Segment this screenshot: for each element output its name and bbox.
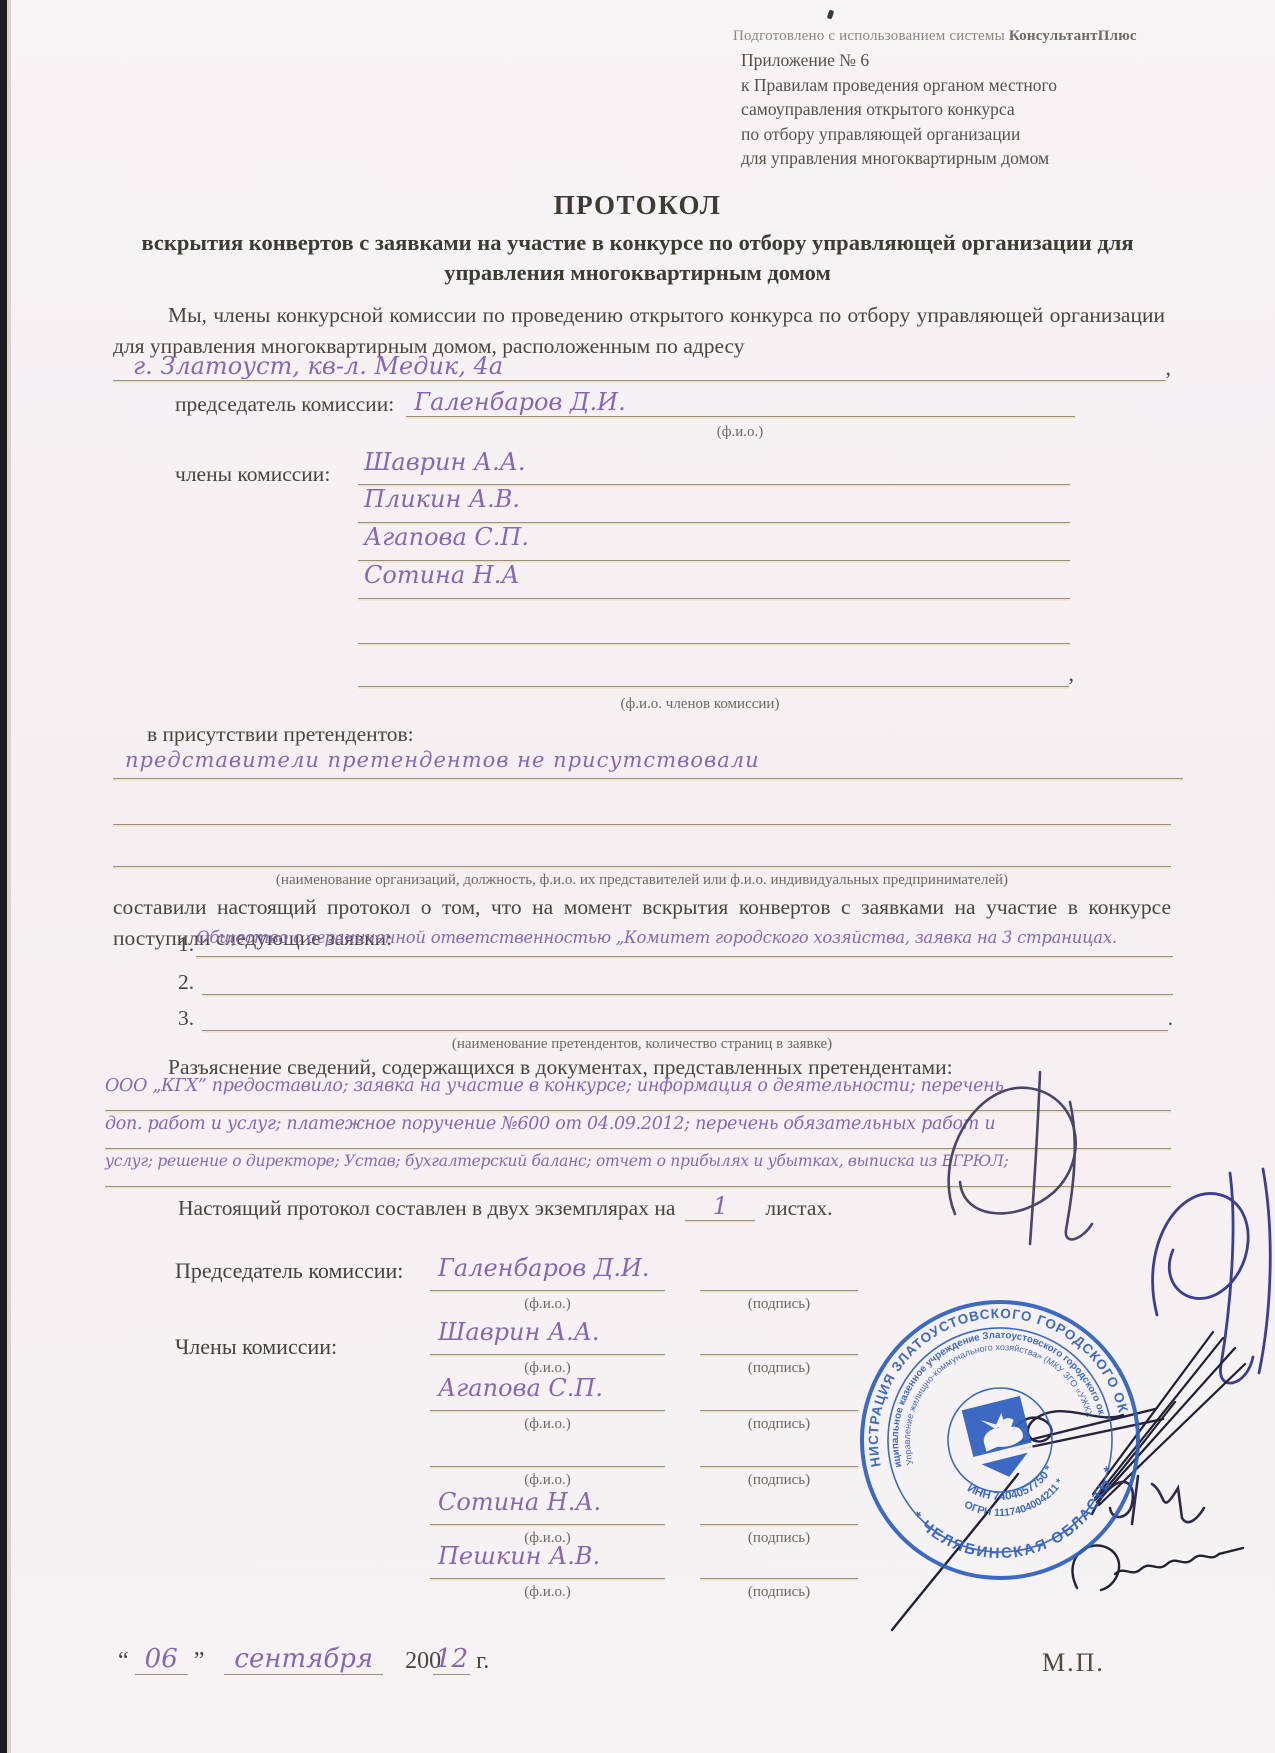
svg-text:ОГРН 1117404004211 *: ОГРН 1117404004211 * xyxy=(960,1474,1072,1530)
item-number: 3. xyxy=(178,1006,202,1031)
member-name-underline: Сотина Н.А xyxy=(358,561,1070,599)
presence-handwriting: представители претендентов не присутство… xyxy=(125,748,760,772)
sig-row5-sign-underline xyxy=(700,1486,858,1525)
address-underline: г. Златоуст, кв-л. Медик, 4а xyxy=(113,352,1166,381)
chairman-field: председатель комиссии: Галенбаров Д.И. xyxy=(175,388,1075,417)
scan-edge-artifact-light xyxy=(7,0,11,1753)
sig-row6-sign-underline xyxy=(700,1540,858,1579)
sig-row1-fio-caption: (ф.и.о.) xyxy=(430,1296,665,1313)
member-name-handwriting: Шаврин А.А. xyxy=(364,448,526,476)
copies-line: Настоящий протокол составлен в двух экзе… xyxy=(178,1192,833,1221)
chairman-name-handwriting: Галенбаров Д.И. xyxy=(414,388,626,416)
presence-underline-blank xyxy=(113,782,1171,825)
item3-period: . xyxy=(1168,1006,1173,1031)
day-underline: 06 xyxy=(135,1644,188,1675)
sig-row6-name: Пешкин А.В. xyxy=(438,1542,600,1570)
appendix-line: самоуправления открытого конкурса xyxy=(741,97,1057,122)
clarification-handwriting: ООО „КГХ” предоставило; заявка на участи… xyxy=(105,1076,1004,1096)
application-item-3: 3. . xyxy=(178,998,1173,1031)
member-name-underline-blank xyxy=(358,656,1069,687)
year-underline: 12 xyxy=(433,1644,470,1675)
scan-edge-artifact xyxy=(0,0,7,1753)
sig-row2-name: Шаврин А.А. xyxy=(438,1318,600,1346)
day-handwriting: 06 xyxy=(145,1644,178,1674)
member-name-handwriting: Агапова С.П. xyxy=(364,523,529,551)
date-line: “ 06 ” сентября 200 12 г. xyxy=(118,1644,489,1675)
clarification-line-1: ООО „КГХ” предоставило; заявка на участи… xyxy=(105,1076,1171,1111)
sig-row6-fio-caption: (ф.и.о.) xyxy=(430,1584,665,1601)
document-title: ПРОТОКОЛ xyxy=(0,190,1275,221)
presence-caption: (наименование организаций, должность, ф.… xyxy=(113,872,1171,889)
sig-chairman-label: Председатель комиссии: xyxy=(175,1258,403,1284)
address-field: г. Златоуст, кв-л. Медик, 4а , xyxy=(113,352,1171,381)
prepared-prefix: Подготовлено с использованием системы xyxy=(733,28,1009,44)
scanned-protocol-document: Подготовлено с использованием системы Ко… xyxy=(0,0,1275,1753)
presence-underline: представители претендентов не присутство… xyxy=(113,748,1183,779)
signature-shavrin-ink xyxy=(1135,1155,1275,1395)
application-1-handwriting: Общество с ограниченной ответственностью… xyxy=(196,928,1117,947)
appendix-line: для управления многоквартирным домом xyxy=(741,146,1057,171)
members-fields: Шаврин А.А. Пликин А.В. Агапова С.П. Сот… xyxy=(358,448,1070,644)
members-label: члены комиссии: xyxy=(175,462,330,487)
open-quote: “ xyxy=(118,1648,129,1675)
copies-before: Настоящий протокол составлен в двух экзе… xyxy=(178,1196,675,1221)
member-name-underline: Пликин А.В. xyxy=(358,485,1070,523)
stamp-place-label: М.П. xyxy=(1042,1648,1105,1678)
presence-label: в присутствии претендентов: xyxy=(147,722,414,747)
prepared-brand: КонсультантПлюс xyxy=(1009,28,1137,44)
address-comma: , xyxy=(1166,355,1172,381)
application-item-1: 1. Общество с ограниченной ответственнос… xyxy=(178,928,1173,957)
member-name-underline: Шаврин А.А. xyxy=(358,448,1070,485)
sig-row1-sign-underline xyxy=(700,1252,858,1291)
member-name-handwriting: Пликин А.В. xyxy=(364,485,520,513)
sig-row1-sign-caption: (подпись) xyxy=(700,1296,858,1313)
application-3-underline xyxy=(202,998,1168,1031)
sig-members-label: Члены комиссии: xyxy=(175,1334,337,1360)
clarification-line-2: доп. работ и услуг; платежное поручение … xyxy=(105,1114,1171,1149)
chairman-label: председатель комиссии: xyxy=(175,392,406,417)
sig-row5-name: Сотина Н.А. xyxy=(438,1488,601,1516)
prepared-with-line: Подготовлено с использованием системы Ко… xyxy=(733,28,1137,45)
member-name-handwriting: Сотина Н.А xyxy=(364,561,520,589)
members-fio-caption: (ф.и.о. членов комиссии) xyxy=(500,696,900,713)
document-subtitle: вскрытия конвертов с заявками на участие… xyxy=(90,228,1185,288)
member-name-underline-blank xyxy=(358,599,1070,644)
month-handwriting: сентября xyxy=(234,1644,373,1674)
application-1-underline: Общество с ограниченной ответственностью… xyxy=(196,928,1173,957)
copies-after: листах. xyxy=(765,1196,832,1221)
member-name-underline: Агапова С.П. xyxy=(358,523,1070,561)
copies-count-underline: 1 xyxy=(685,1192,755,1221)
application-item-2: 2. xyxy=(178,962,1173,995)
sig-row4-fio-underline xyxy=(430,1428,665,1467)
chairman-fio-caption: (ф.и.о.) xyxy=(640,424,840,441)
official-round-stamp: АДМИНИСТРАЦИЯ ЗЛАТОУСТОВСКОГО ГОРОДСКОГО… xyxy=(821,1261,1180,1620)
address-handwriting: г. Златоуст, кв-л. Медик, 4а xyxy=(133,352,503,380)
year-handwriting: 12 xyxy=(435,1644,468,1674)
scan-speck xyxy=(827,9,835,19)
members-trailing-comma: , xyxy=(1069,661,1075,687)
month-underline: сентября xyxy=(224,1644,383,1675)
appendix-block: Приложение № 6 к Правилам проведения орг… xyxy=(741,48,1057,171)
sig-row1-name: Галенбаров Д.И. xyxy=(438,1254,650,1282)
close-quote: ” xyxy=(194,1648,205,1675)
item-number: 1. xyxy=(178,932,196,957)
appendix-line: к Правилам проведения органом местного xyxy=(741,73,1057,98)
stamp-pegasus-shield xyxy=(962,1396,1039,1484)
sig-row4-sign-underline xyxy=(700,1428,858,1467)
stamp-ogrn-text: ОГРН 1117404004211 * xyxy=(960,1474,1072,1530)
application-2-underline xyxy=(202,962,1173,995)
members-blank-row: , xyxy=(358,656,1074,687)
clarification-line-3: услуг; решение о директоре; Устав; бухга… xyxy=(105,1152,1171,1187)
appendix-line: Приложение № 6 xyxy=(741,48,1057,73)
sig-row6-sign-caption: (подпись) xyxy=(700,1584,858,1601)
copies-count-handwriting: 1 xyxy=(713,1192,728,1220)
appendix-line: по отбору управляющей организации xyxy=(741,122,1057,147)
item-number: 2. xyxy=(178,970,202,995)
applications-caption: (наименование претендентов, количество с… xyxy=(113,1036,1171,1053)
presence-underline-blank xyxy=(113,824,1171,867)
year-suffix: г. xyxy=(476,1648,489,1675)
chairman-underline: Галенбаров Д.И. xyxy=(406,388,1075,417)
clarification-handwriting: услуг; решение о директоре; Устав; бухга… xyxy=(105,1152,1008,1170)
sig-row3-name: Агапова С.П. xyxy=(438,1374,603,1402)
clarification-handwriting: доп. работ и услуг; платежное поручение … xyxy=(105,1114,995,1134)
